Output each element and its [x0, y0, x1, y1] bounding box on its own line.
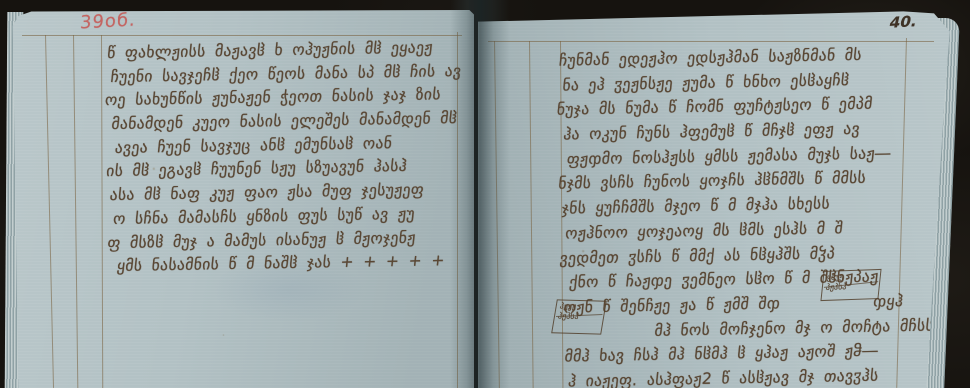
manuscript-line: ყმს ნასამნის წ მ ნაშჱ ჯას + + + + +	[116, 249, 464, 279]
left-page: 39об. წ ფახლჟისს მაჟავჱ ხ ოჰუჟნის მჱ ეყა…	[10, 10, 474, 388]
ruling-line-vertical	[73, 35, 78, 388]
folio-number-verso: 39об.	[79, 9, 136, 33]
ruling-line-vertical	[101, 35, 103, 388]
boxed-note-line: ყმუჟ	[826, 272, 844, 282]
ruling-line-top	[22, 35, 462, 36]
ruling-line-vertical	[529, 41, 534, 388]
ruling-line-vertical	[45, 35, 54, 388]
boxed-correction-note: ჰჟეჟ ჰჟჰსჰ	[551, 299, 607, 334]
left-page-text: წ ფახლჟისს მაჟავჱ ხ ოჰუჟნის მჱ ეყაეჟჩუენ…	[107, 36, 463, 279]
manuscript-scan: 39об. წ ფახლჟისს მაჟავჱ ხ ოჰუჟნის მჱ ეყა…	[0, 0, 970, 388]
ruling-line-vertical	[494, 41, 500, 388]
right-page-text: ჩუნმან ედეჟჰო ედსჟჰმან საჟზნმან მსნა ეჰ …	[559, 41, 938, 388]
right-page: 40. ჩუნმან ედეჟჰო ედსჟჰმან საჟზნმან მსნა…	[478, 8, 956, 388]
boxed-note-line: ჰჟეჟ	[559, 302, 577, 311]
boxed-correction-note: ყმუჟ ჰჟჰსჰ	[820, 269, 881, 301]
folio-number-recto: 40.	[888, 12, 919, 32]
